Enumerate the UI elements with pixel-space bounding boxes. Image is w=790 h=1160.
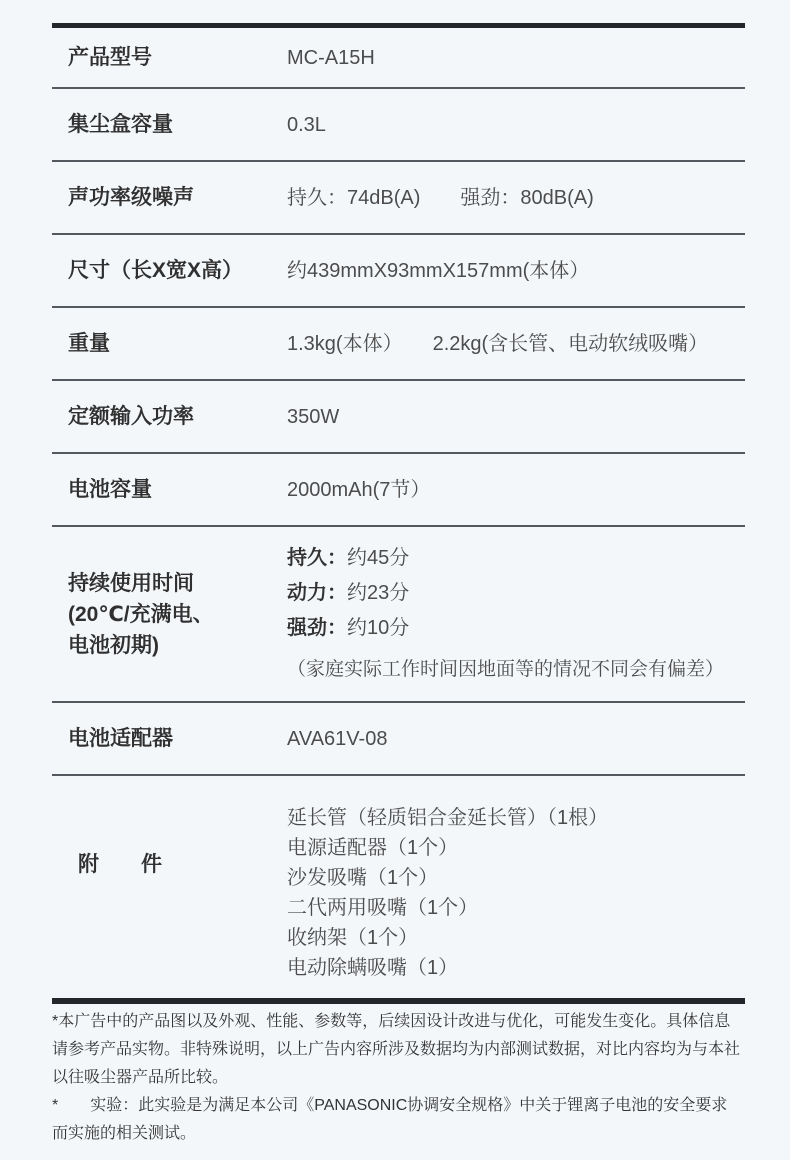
spec-label-accessories: 附 件 (52, 776, 287, 998)
spec-label-usage: 持续使用时间(20℃/充满电、电池初期) (52, 527, 287, 701)
spec-row-power: 定额输入功率350W (52, 381, 745, 454)
spec-label-weight: 重量 (52, 308, 287, 379)
spec-row-dimensions: 尺寸（长X宽X高）约439mmX93mmX157mm(本体） (52, 235, 745, 308)
spec-value-line: 350W (287, 402, 745, 432)
spec-label-model: 产品型号 (52, 28, 287, 87)
spec-label-line: 产品型号 (68, 42, 287, 73)
spec-label-line: 重量 (68, 328, 287, 359)
spec-value-accessories: 延长管（轻质铝合金延长管）（1根）电源适配器（1个）沙发吸嘴（1个）二代两用吸嘴… (287, 776, 745, 998)
footnote-line: 而实施的相关测试。 (52, 1120, 747, 1148)
spec-table: 产品型号MC-A15H集尘盒容量0.3L声功率级噪声持久：74dB(A) 强劲：… (52, 23, 745, 1004)
spec-label-line: 电池初期) (68, 630, 287, 661)
spec-value-line: 二代两用吸嘴（1个） (287, 893, 745, 923)
spec-label-line: 电池适配器 (68, 723, 287, 754)
footnote-line: *本广告中的产品图以及外观、性能、参数等，后续因设计改进与优化，可能发生变化。具… (52, 1008, 747, 1036)
spec-value-line: MC-A15H (287, 43, 745, 73)
spec-label-noise: 声功率级噪声 (52, 162, 287, 233)
spec-value-battery: 2000mAh(7节） (287, 454, 745, 525)
spec-value-line: 约439mmX93mmX157mm(本体） (287, 256, 745, 286)
design-note: *本广告中的产品图以及外观、性能、参数等，后续因设计改进与优化，可能发生变化。具… (52, 1008, 747, 1092)
footnote-line: * 实验：此实验是为满足本公司《PANASONIC协调安全规格》中关于锂离子电池… (52, 1092, 747, 1120)
spec-value-line: 0.3L (287, 110, 745, 140)
spec-row-weight: 重量1.3kg(本体） 2.2kg(含长管、电动软绒吸嘴） (52, 308, 745, 381)
spec-label-power: 定额输入功率 (52, 381, 287, 452)
spec-value-line: 动力：约23分 (287, 576, 745, 611)
spec-value-usage: 持久：约45分动力：约23分强劲：约10分（家庭实际工作时间因地面等的情况不同会… (287, 527, 745, 701)
footnote-line: 以往吸尘器产品所比较。 (52, 1064, 747, 1092)
spec-label-dimensions: 尺寸（长X宽X高） (52, 235, 287, 306)
spec-row-usage: 持续使用时间(20℃/充满电、电池初期)持久：约45分动力：约23分强劲：约10… (52, 527, 745, 703)
spec-value-line: 电动除螨吸嘴（1） (287, 953, 745, 983)
spec-label-dustbox: 集尘盒容量 (52, 89, 287, 160)
spec-value-line: 延长管（轻质铝合金延长管）（1根） (287, 803, 745, 833)
experiment-note: * 实验：此实验是为满足本公司《PANASONIC协调安全规格》中关于锂离子电池… (52, 1092, 747, 1148)
spec-row-adapter: 电池适配器AVA61V-08 (52, 703, 745, 776)
spec-value-dimensions: 约439mmX93mmX157mm(本体） (287, 235, 745, 306)
spec-row-battery: 电池容量2000mAh(7节） (52, 454, 745, 527)
spec-value-line: 1.3kg(本体） 2.2kg(含长管、电动软绒吸嘴） (287, 329, 745, 359)
spec-label-line: 集尘盒容量 (68, 109, 287, 140)
spec-value-line: （家庭实际工作时间因地面等的情况不同会有偏差） (287, 652, 745, 687)
spec-value-dustbox: 0.3L (287, 89, 745, 160)
spec-value-noise: 持久：74dB(A) 强劲：80dB(A) (287, 162, 745, 233)
spec-value-power: 350W (287, 381, 745, 452)
spec-value-model: MC-A15H (287, 28, 745, 87)
spec-value-line: 电源适配器（1个） (287, 833, 745, 863)
spec-label-line: 电池容量 (68, 474, 287, 505)
spec-row-noise: 声功率级噪声持久：74dB(A) 强劲：80dB(A) (52, 162, 745, 235)
spec-value-line: 沙发吸嘴（1个） (287, 863, 745, 893)
spec-value-line: 持久：74dB(A) 强劲：80dB(A) (287, 183, 745, 213)
spec-label-adapter: 电池适配器 (52, 703, 287, 774)
spec-label-line: 附 件 (78, 849, 287, 880)
spec-row-dustbox: 集尘盒容量0.3L (52, 89, 745, 162)
footnote-line: 请参考产品实物。非特殊说明，以上广告内容所涉及数据均为内部测试数据，对比内容均为… (52, 1036, 747, 1064)
spec-label-battery: 电池容量 (52, 454, 287, 525)
spec-label-line: 尺寸（长X宽X高） (68, 255, 287, 286)
spec-row-model: 产品型号MC-A15H (52, 28, 745, 89)
spec-value-line: 持久：约45分 (287, 541, 745, 576)
spec-value-line: AVA61V-08 (287, 724, 745, 754)
spec-value-adapter: AVA61V-08 (287, 703, 745, 774)
spec-label-line: 持续使用时间 (68, 568, 287, 599)
spec-row-accessories: 附 件延长管（轻质铝合金延长管）（1根）电源适配器（1个）沙发吸嘴（1个）二代两… (52, 776, 745, 998)
spec-value-line: 2000mAh(7节） (287, 475, 745, 505)
spec-value-line: 强劲：约10分 (287, 611, 745, 646)
spec-label-line: 定额输入功率 (68, 401, 287, 432)
spec-value-weight: 1.3kg(本体） 2.2kg(含长管、电动软绒吸嘴） (287, 308, 745, 379)
footnotes: *本广告中的产品图以及外观、性能、参数等，后续因设计改进与优化，可能发生变化。具… (52, 1008, 747, 1148)
spec-label-line: (20℃/充满电、 (68, 599, 287, 630)
spec-label-line: 声功率级噪声 (68, 182, 287, 213)
spec-value-line: 收纳架（1个） (287, 923, 745, 953)
